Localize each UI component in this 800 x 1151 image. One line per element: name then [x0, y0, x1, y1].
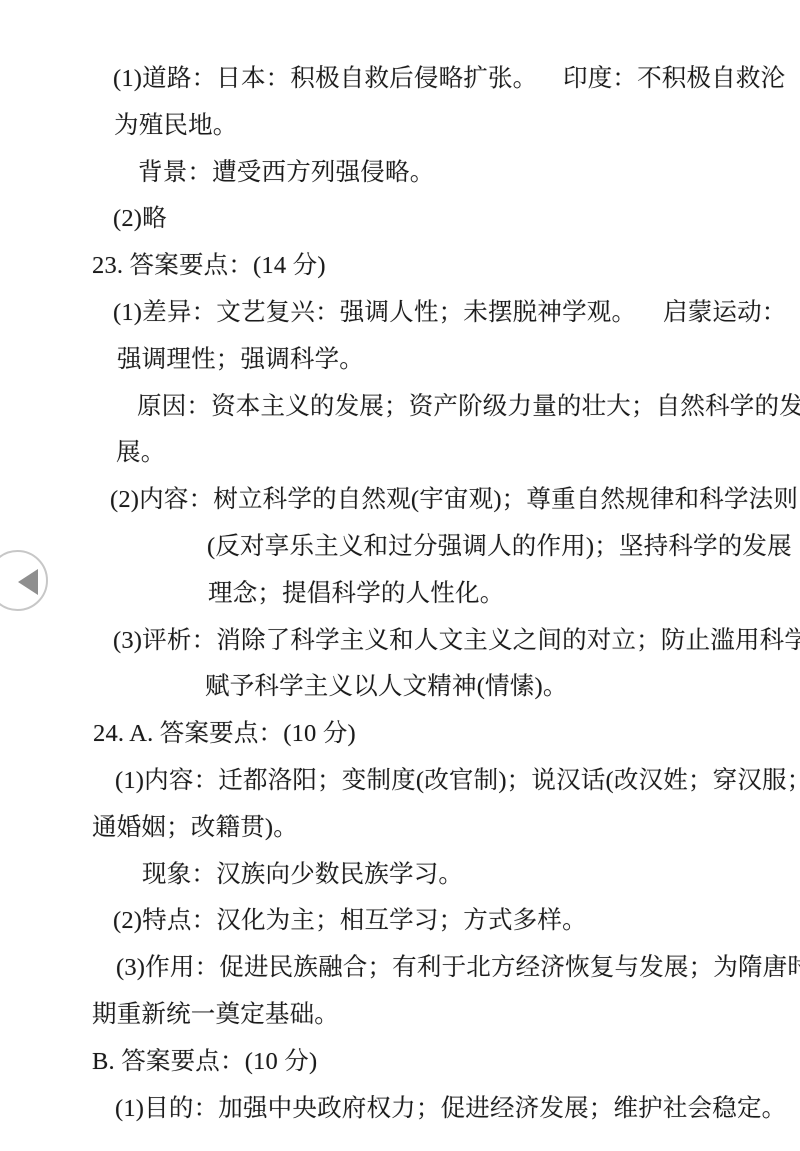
answer-line: (2)内容：树立科学的自然观(宇宙观)；尊重自然规律和科学法则: [110, 477, 800, 524]
answer-line: (1)目的：加强中央政府权力；促进经济发展；维护社会稳定。: [115, 1086, 800, 1133]
answer-line: B. 答案要点：(10 分): [92, 1039, 800, 1086]
answer-line: (3)评析：消除了科学主义和人文主义之间的对立；防止滥用科学；: [113, 618, 800, 665]
answer-line: 原因：资本主义的发展；资产阶级力量的壮大；自然科学的发: [137, 384, 800, 431]
answer-line: 通婚姻；改籍贯)。: [92, 805, 800, 852]
answer-line: (1)差异：文艺复兴：强调人性；未摆脱神学观。 启蒙运动：: [113, 290, 800, 337]
answer-line: 背景：遭受西方列强侵略。: [138, 150, 800, 197]
answer-line: 理念；提倡科学的人性化。: [208, 571, 800, 618]
answer-line-segment: (1)道路：日本：积极自救后侵略扩张。: [113, 65, 537, 92]
answer-line: 24. A. 答案要点：(10 分): [93, 711, 800, 758]
answer-line: (3)作用：促进民族融合；有利于北方经济恢复与发展；为隋唐时: [116, 945, 800, 992]
document-page: (1)道路：日本：积极自救后侵略扩张。 印度：不积极自救沦 为殖民地。 背景：遭…: [0, 0, 800, 1151]
answer-line-segment: 启蒙运动：: [663, 290, 787, 337]
answer-line: 展。: [116, 430, 800, 477]
answer-line-segment: (1)差异：文艺复兴：强调人性；未摆脱神学观。: [113, 299, 636, 326]
answer-line: (反对享乐主义和过分强调人的作用)；坚持科学的发展: [207, 524, 800, 571]
answer-line: (2)特点：汉化为主；相互学习；方式多样。: [113, 898, 800, 945]
answer-line: (1)道路：日本：积极自救后侵略扩张。 印度：不积极自救沦: [113, 56, 800, 103]
answer-line: 现象：汉族向少数民族学习。: [142, 852, 800, 899]
answer-line: 强调理性；强调科学。: [117, 337, 800, 384]
answer-line: 23. 答案要点：(14 分): [92, 243, 800, 290]
answer-line: (1)内容：迁都洛阳；变制度(改官制)；说汉话(改汉姓；穿汉服；: [115, 758, 800, 805]
chevron-left-icon: [18, 569, 38, 595]
answer-line: (2)略: [113, 196, 800, 243]
answer-line: 为殖民地。: [114, 103, 800, 150]
answer-line-segment: 印度：不积极自救沦: [563, 56, 785, 103]
answer-line: 期重新统一奠定基础。: [92, 992, 800, 1039]
answer-line: 赋予科学主义以人文精神(情愫)。: [205, 664, 800, 711]
answer-text-block: (1)道路：日本：积极自救后侵略扩张。 印度：不积极自救沦 为殖民地。 背景：遭…: [0, 0, 800, 1132]
